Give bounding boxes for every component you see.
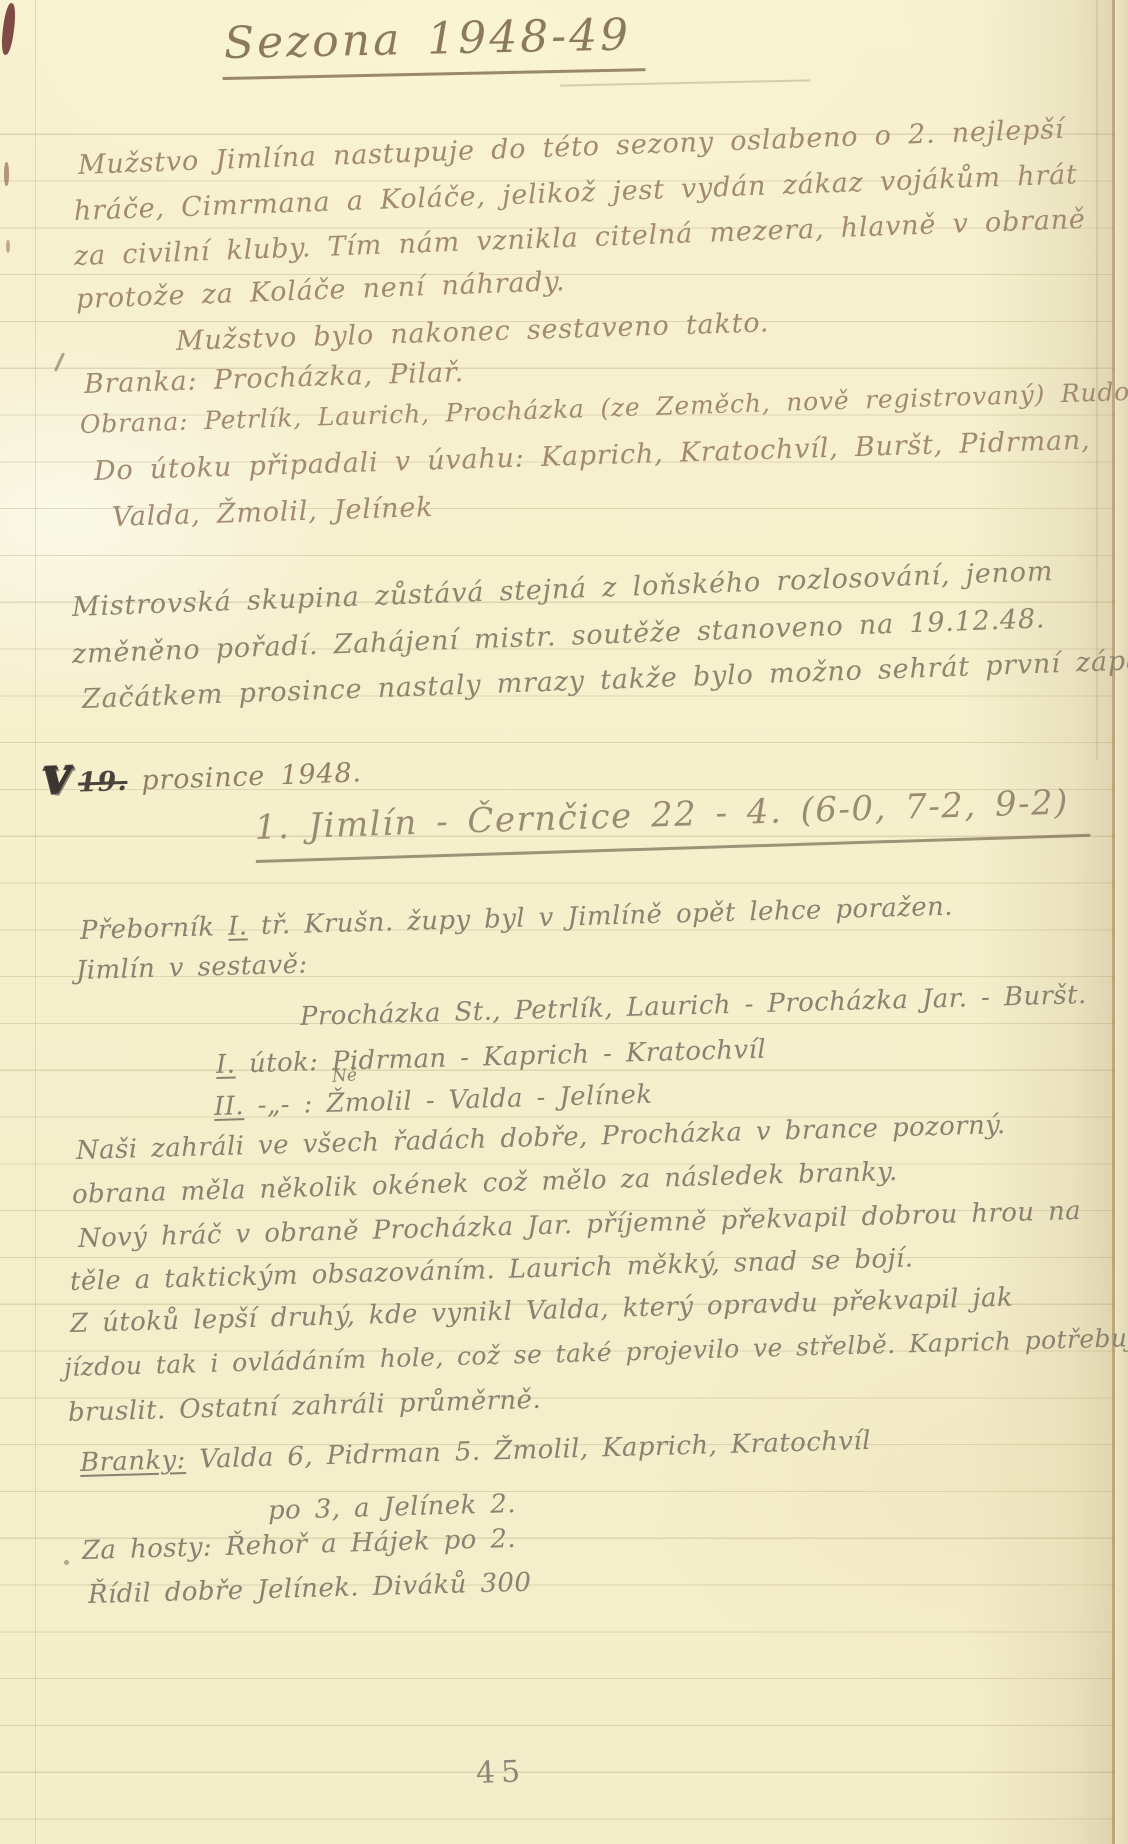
- page-edge-strip: [1115, 0, 1128, 1844]
- guests-goals-line: Za hosty: Řehoř a Hájek po 2.: [82, 1524, 517, 1566]
- lineup-attack-line2: Valda, Žmolil, Jelínek: [112, 492, 434, 533]
- corner-ink-mark-small: [4, 162, 9, 186]
- goals-continuation-line: po 3, a Jelínek 2.: [268, 1489, 517, 1526]
- lineup-goal-line: Branka: Procházka, Pilař.: [84, 357, 465, 400]
- corner-ink-mark: [0, 3, 17, 56]
- date-text: prosince 1948.: [141, 757, 363, 796]
- division-numeral: I.: [228, 911, 248, 942]
- inserted-correction: Ně: [331, 1065, 357, 1087]
- stray-dot-mark: [64, 1560, 69, 1565]
- report-lineup-intro: Jimlín v sestavě:: [76, 950, 308, 986]
- attack1-numeral: I.: [216, 1049, 236, 1080]
- page-title: Sezona 1948-49: [221, 9, 645, 80]
- struck-date: 19.: [77, 766, 127, 799]
- intro-line: Mužstvo bylo nakonec sestaveno takto.: [176, 307, 770, 357]
- report-lineup-back: Procházka St., Petrlík, Laurich - Prochá…: [300, 980, 1087, 1032]
- margin-fold-line: [35, 0, 36, 1844]
- report-comment-line: bruslit. Ostatní zahráli průměrně.: [68, 1385, 542, 1428]
- lineup-attack-line: Do útoku připadali v úvahu: Kaprich, Kra…: [94, 425, 1091, 487]
- attack2-numeral: II.: [214, 1091, 245, 1122]
- corner-ink-mark-dot: [6, 240, 10, 253]
- referee-attendance-line: Řídil dobře Jelínek. Diváků 300: [88, 1568, 532, 1610]
- report-attack2-line: II. -„- : Žmolil - Valda - Jelínek: [214, 1080, 653, 1122]
- intro-line: protože za Koláče není náhrady.: [75, 266, 565, 315]
- page-number: 45: [475, 1754, 526, 1791]
- report-champion-line: Přeborník I. tř. Krušn. župy byl v Jimlí…: [80, 892, 954, 946]
- goals-line: Branky: Valda 6, Pidrman 5. Žmolil, Kapr…: [80, 1426, 872, 1478]
- scribbled-out-mark: V: [41, 759, 68, 802]
- stray-tick-mark: [54, 352, 65, 371]
- title-underline-extension: [560, 79, 810, 86]
- report-comment-line: obrana měla několik okének což mělo za n…: [72, 1157, 898, 1210]
- goals-label: Branky:: [80, 1445, 187, 1478]
- attack2-names: Žmolil - Valda - Jelínek: [326, 1080, 653, 1119]
- date-line: V19.prosince 1948.: [41, 748, 362, 802]
- notebook-page: Sezona 1948-49 Mužstvo Jimlína nastupuje…: [0, 0, 1128, 1844]
- match-heading: 1. Jimlín - Černčice 22 - 4. (6-0, 7-2, …: [254, 782, 1090, 863]
- report-attack1-line: I. útok: Pidrman - Kaprich - Kratochvíl: [216, 1035, 767, 1080]
